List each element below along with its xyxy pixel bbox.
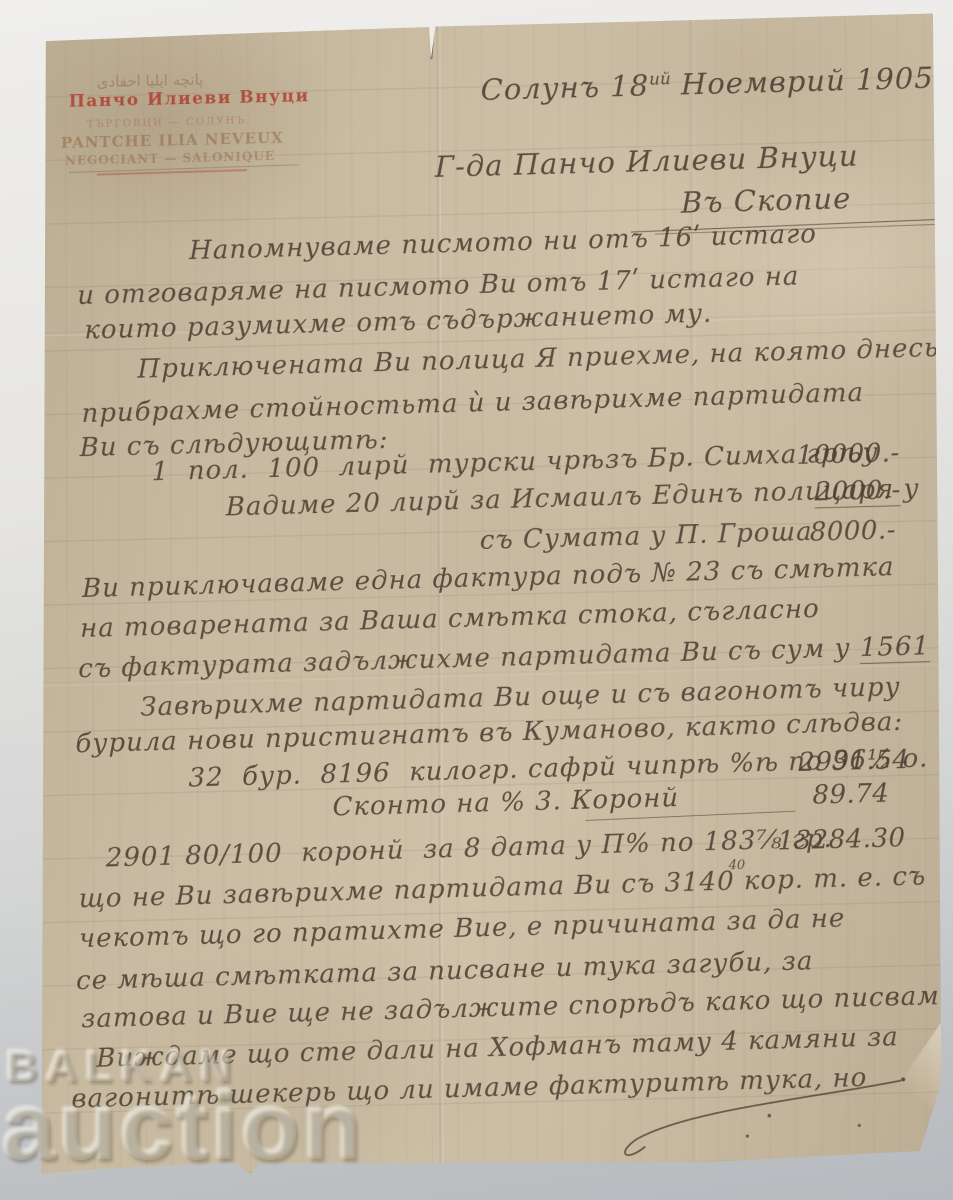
letter-paper: پانچه ايليا احفادى Панчо Илиеви Внуци ТЪ… — [39, 13, 942, 1179]
auction-photo: پانچه ايليا احفادى Панчо Илиеви Внуци ТЪ… — [0, 0, 953, 1200]
dateline-rest: Ноемврий 1905. — [671, 60, 944, 101]
amount: 13284.30 — [777, 823, 905, 856]
letterhead-company-name-latin: PANTCHE ILIA NEVEUX — [61, 129, 284, 152]
paper-tear — [430, 25, 434, 59]
letterhead-subtitle-cyrillic: ТЪРГОВЦИ — СОЛУНЪ — [87, 116, 246, 131]
pen-flourish — [601, 1068, 931, 1166]
dateline-place: Солунъ 18 — [481, 68, 650, 107]
watermark-auction: auction — [2, 1072, 364, 1182]
dateline-ordinal: ий — [649, 68, 671, 89]
addressee-name: Г-да Панчо Илиеви Внуци — [435, 138, 859, 183]
body-line: прибрахме стойностьта ѝ и завѣрихме парт… — [82, 378, 865, 429]
invoice-sum: 1561 — [860, 631, 930, 664]
body-line: съ Сумата у П. Гроша — [480, 517, 813, 556]
amount: 8000.- — [810, 515, 896, 547]
addressee-city: Въ Скопие — [681, 181, 852, 220]
amount: 89.74 — [812, 779, 889, 811]
letterhead-company-name-cyrillic: Панчо Илиеви Внуци — [69, 86, 310, 112]
body-line: Сконто на % 3. Коронй — [332, 783, 679, 822]
dateline: Солунъ 18ий Ноемврий 1905. — [481, 60, 944, 107]
amount: 10000.- — [796, 438, 899, 471]
amount: 2000.- — [815, 475, 901, 508]
body-line: Напомнуваме писмото ни отъ 16ʹ истаго — [189, 219, 817, 266]
amount: 2991.54 — [798, 745, 909, 778]
